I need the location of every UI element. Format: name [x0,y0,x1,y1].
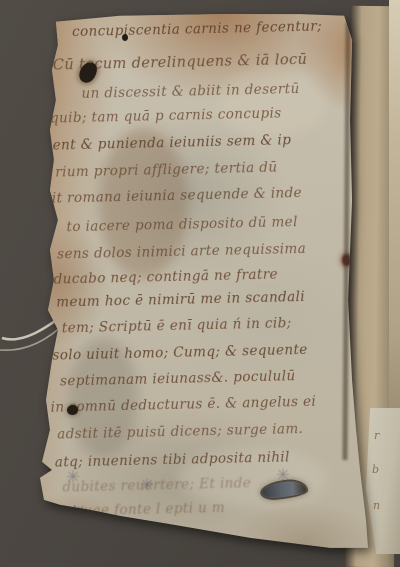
manuscript-photograph: r b n concupiscentia carnis ne fecentur;… [0,0,400,567]
manuscript-text-line-faded: eicere c herbis te [71,527,198,543]
pencil-mark: ✳ [66,467,80,487]
parchment-hole-small [122,34,128,41]
manuscript-text-line: concupiscentia carnis ne fecentur; [72,20,322,39]
parchment-leaf-shadow: concupiscentia carnis ne fecentur; Cū te… [0,0,400,567]
manuscript-text-line: sens dolos inimici arte nequissima [57,243,306,262]
pencil-mark: ✳ [276,465,290,485]
pencil-mark: ✳ [140,475,154,495]
manuscript-text-line: rium propri affligere; tertia dū [55,162,277,181]
manuscript-text-line: ducabo neq; contingā ne fratre [54,269,279,288]
manuscript-text-line: atq; inueniens tibi adposita nihil [55,451,290,470]
folio-number-label: 14v [63,502,84,517]
manuscript-text-line: quib; tam quā p carnis concupis [50,107,282,126]
manuscript-text-line: adstit itē puisū dicens; surge iam. [57,423,303,442]
manuscript-text-line: ent & punienda ieiuniis sem & ip [53,134,292,153]
manuscript-text-line-faded: aquae fonte l epti u m [66,502,225,519]
manuscript-text-line: septimanam ieiunass&. pocululū [60,370,296,389]
manuscript-text-line: meum hoc ē nimirū me in scandali [56,291,305,310]
manuscript-text-line: to iacere poma disposito dū mel [66,216,298,235]
manuscript-text-line: tem; Scriptū ē enī quia ń in cib; [62,317,292,336]
manuscript-text-line-faded: dubites reuertere; Et inde [62,477,251,495]
manuscript-text-line: solo uiuit homo; Cumq; & sequente [52,344,308,363]
manuscript-text-line: it romana ieiunia sequende & inde [52,187,302,206]
manuscript-text-block: concupiscentia carnis ne fecentur; Cū te… [38,1,382,560]
parchment-hole-small [67,405,78,415]
manuscript-text-line: in somnū deducturus ē. & angelus ei [50,396,316,416]
manuscript-text-line: un discessit & abiit in desertū [81,83,299,101]
parchment-leaf-folio-14v: concupiscentia carnis ne fecentur; Cū te… [38,8,370,560]
